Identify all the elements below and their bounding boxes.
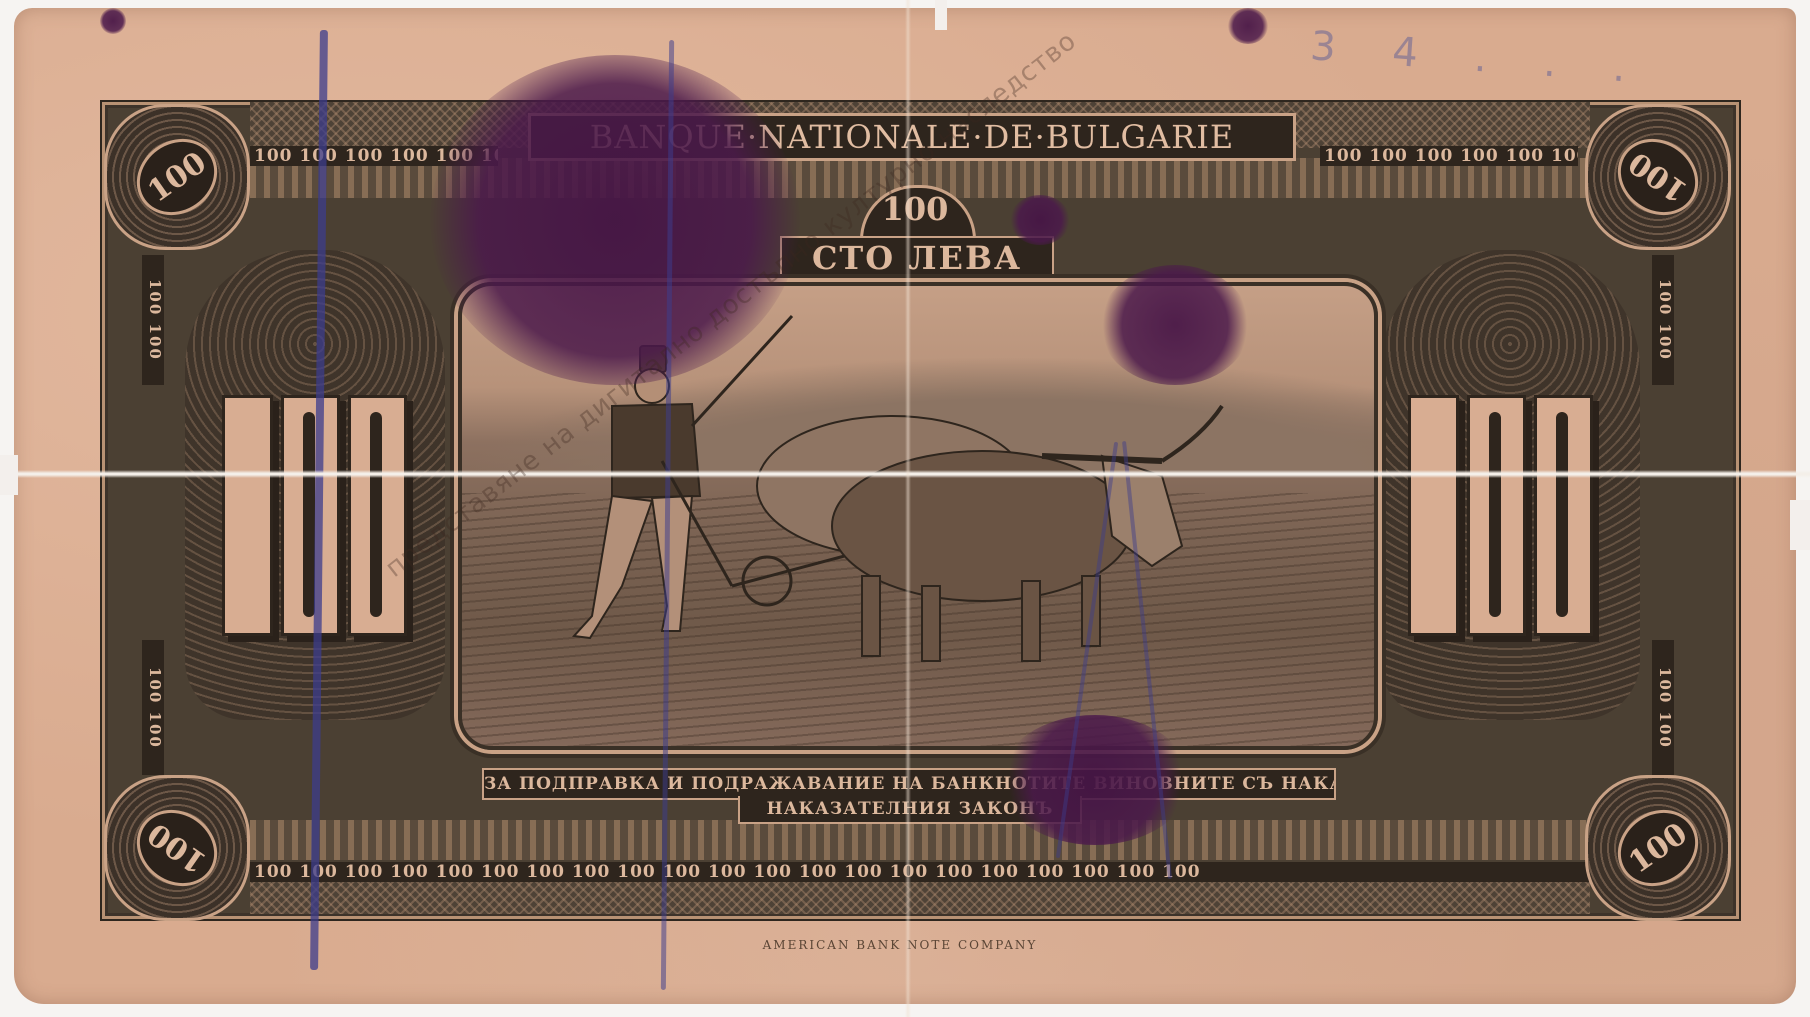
right-vertical-value-bottom: 100 100 <box>1652 640 1674 775</box>
digit-zero <box>281 395 340 636</box>
corner-medallion-bottom-right: 100 <box>1585 775 1731 921</box>
right-vertical-value-top: 100 100 <box>1652 255 1674 385</box>
corner-numeral: 100 <box>122 123 232 230</box>
top-value-strip-right: 100 100 100 100 100 100 100 100 100 100 … <box>1320 146 1578 166</box>
printer-imprint: AMERICAN BANK NOTE COMPANY <box>700 938 1100 952</box>
corner-medallion-top-left: 100 <box>104 104 250 250</box>
bottom-ornament-band <box>250 820 1590 860</box>
digit-one <box>222 395 273 636</box>
tear-notch <box>1790 500 1810 550</box>
ink-stain <box>430 55 800 385</box>
ink-stain <box>1100 265 1250 385</box>
corner-numeral: 100 <box>1603 123 1713 230</box>
digit-zero <box>1467 395 1526 636</box>
ink-stain <box>100 8 126 34</box>
digit-zero <box>348 395 407 636</box>
ink-stain <box>1010 195 1070 245</box>
vertical-value-text: 100 100 <box>146 279 164 361</box>
digit-zero <box>1534 395 1593 636</box>
ink-stain <box>1228 8 1268 44</box>
corner-numeral: 100 <box>1603 794 1713 901</box>
vertical-value-text: 100 100 <box>146 667 164 749</box>
digit-one <box>1408 395 1459 636</box>
corner-numeral: 100 <box>122 794 232 901</box>
corner-medallion-bottom-left: 100 <box>104 775 250 921</box>
vertical-value-text: 100 100 <box>1656 279 1674 361</box>
tear-notch <box>0 455 18 495</box>
vertical-value-text: 100 100 <box>1656 667 1674 749</box>
left-vertical-value-top: 100 100 <box>142 255 164 385</box>
corner-medallion-top-right: 100 <box>1585 104 1731 250</box>
large-numeral-right <box>1408 395 1593 630</box>
bottom-value-strip: 100 100 100 100 100 100 100 100 100 100 … <box>250 862 1593 882</box>
left-vertical-value-bottom: 100 100 <box>142 640 164 775</box>
tear-notch <box>935 0 947 30</box>
